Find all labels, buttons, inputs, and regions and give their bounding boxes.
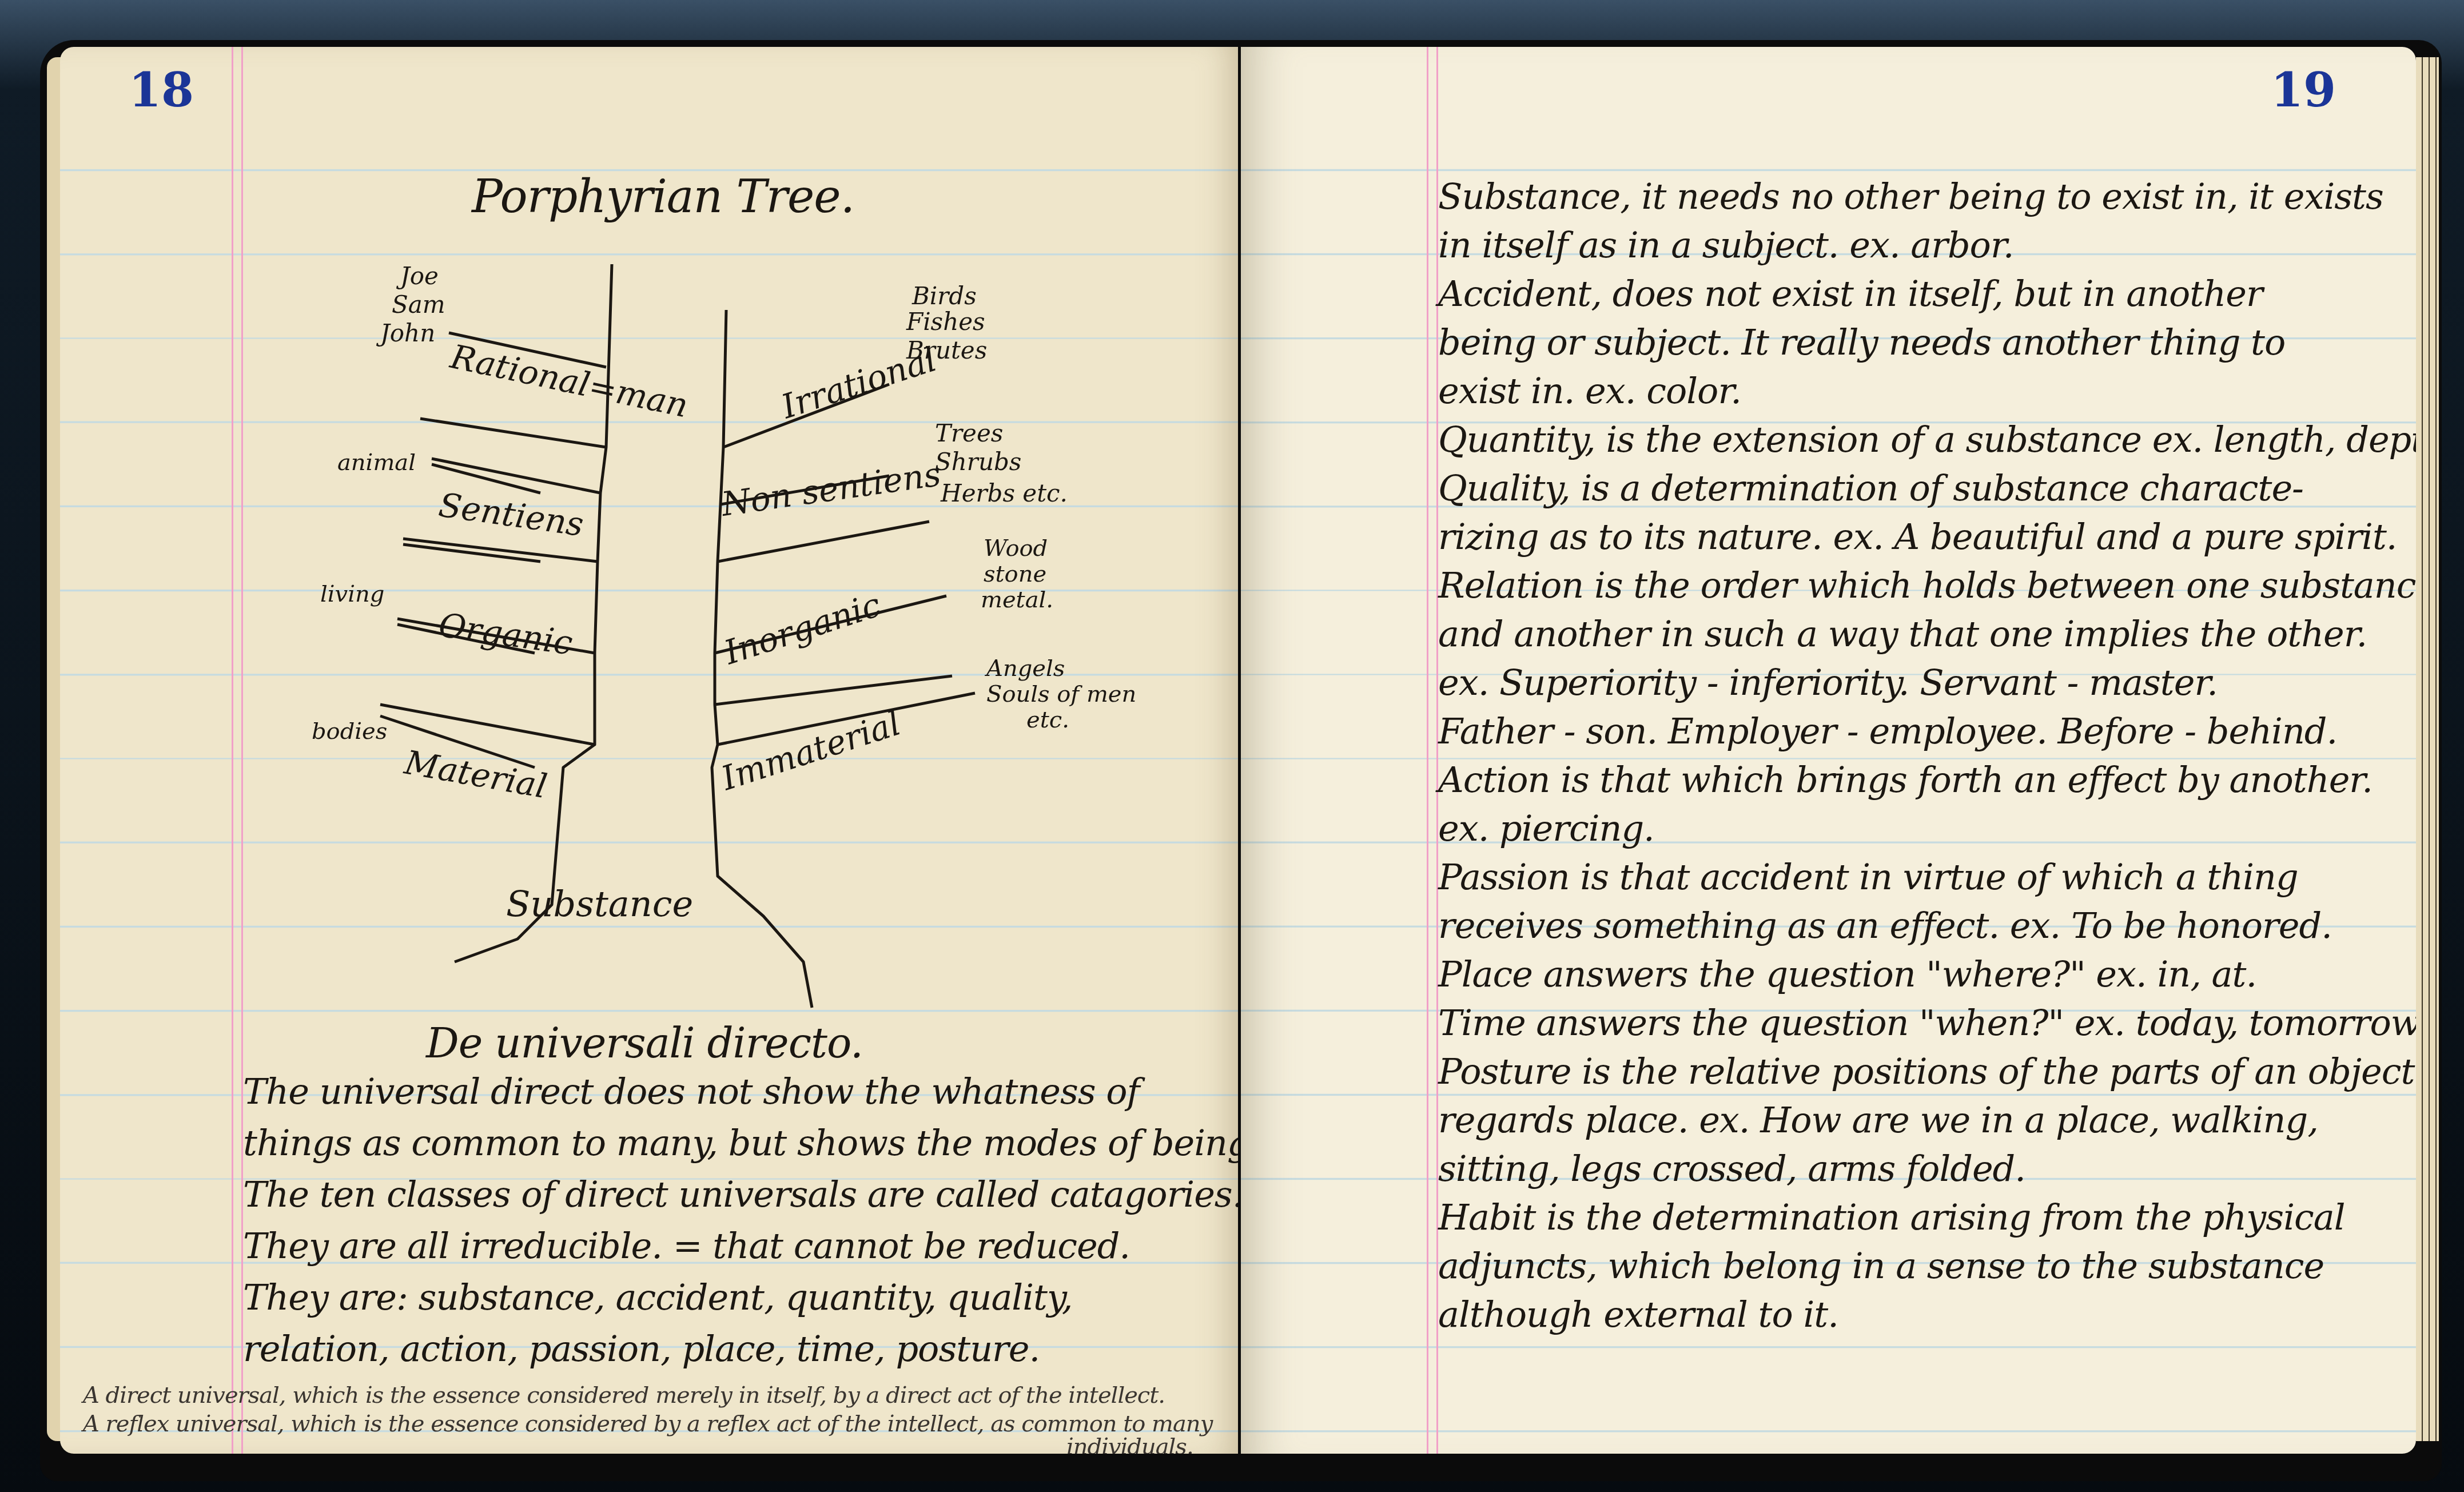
svg-text:Inorganic: Inorganic [719,585,885,672]
text-line: exist in. ex. color. [1438,370,1741,412]
svg-text:Rational=man: Rational=man [447,337,691,425]
text-line: things as common to many, but shows the … [243,1122,1238,1164]
text-line: Place answers the question "where?" ex. … [1438,953,2256,995]
page-number: 19 [2271,63,2336,118]
svg-text:Material: Material [401,743,550,806]
svg-text:Brutes: Brutes [906,336,987,364]
svg-text:Organic: Organic [436,606,575,663]
text-line: The ten classes of direct universals are… [243,1173,1238,1215]
text-line: Accident, does not exist in itself, but … [1438,273,2263,315]
section-title: De universali directo. [426,1019,863,1067]
text-line: Passion is that accident in virtue of wh… [1438,856,2298,898]
footnote: individuals. [1066,1434,1193,1454]
footnote: A reflex universal, which is the essence… [83,1411,1212,1437]
svg-text:Sam: Sam [392,291,445,319]
svg-text:Fishes: Fishes [906,308,985,336]
svg-text:Souls of men: Souls of men [986,681,1136,707]
text-line: Father - son. Employer - employee. Befor… [1438,710,2337,752]
text-line: Action is that which brings forth an eff… [1438,759,2373,801]
left-page: 18 Porphyrian Tree. Joe Sam John Rationa… [60,47,1238,1454]
right-page: 19 Substance, it needs no other being to… [1241,47,2416,1454]
text-line: adjuncts, which belong in a sense to the… [1438,1245,2324,1287]
text-line: regards place. ex. How are we in a place… [1438,1099,2318,1141]
text-line: Quantity, is the extension of a substanc… [1438,419,2416,460]
svg-text:etc.: etc. [1026,707,1069,733]
svg-text:Substance: Substance [506,883,693,925]
text-line: The universal direct does not show the w… [243,1071,1140,1112]
svg-text:living: living [320,581,384,607]
svg-text:Sentiens: Sentiens [436,486,586,544]
text-line: receives something as an effect. ex. To … [1438,905,2332,946]
svg-text:Herbs etc.: Herbs etc. [940,479,1068,507]
svg-text:bodies: bodies [312,718,387,745]
text-line: rizing as to its nature. ex. A beautiful… [1438,516,2397,558]
text-line: Substance, it needs no other being to ex… [1438,176,2383,217]
text-line: They are all irreducible. = that cannot … [243,1225,1130,1267]
text-line: Time answers the question "when?" ex. to… [1438,1002,2416,1044]
footnote: A direct universal, which is the essence… [83,1382,1165,1409]
text-line: being or subject. It really needs anothe… [1438,321,2285,363]
text-line: Quality, is a determination of substance… [1438,467,2303,509]
text-line: in itself as in a subject. ex. arbor. [1438,224,2013,266]
text-line: Posture is the relative positions of the… [1438,1051,2414,1092]
svg-text:animal: animal [337,449,416,476]
svg-text:Wood: Wood [984,535,1048,562]
text-line: Relation is the order which holds betwee… [1438,564,2416,606]
page-edges-right [2416,57,2439,1441]
svg-text:Birds: Birds [911,282,977,310]
text-line: Habit is the determination arising from … [1438,1196,2345,1238]
svg-text:Shrubs: Shrubs [935,448,1021,476]
text-line: ex. piercing. [1438,807,1654,849]
svg-text:stone: stone [984,561,1046,587]
example-joe: Joe [396,262,439,290]
text-line: and another in such a way that one impli… [1438,613,2367,655]
text-line: sitting, legs crossed, arms folded. [1438,1148,2025,1189]
svg-text:Non sentiens: Non sentiens [718,455,944,524]
text-line: They are: substance, accident, quantity,… [243,1276,1072,1318]
porphyrian-tree-diagram: Joe Sam John Rational=man animal Sentien… [60,47,1238,1019]
margin-rule [1427,47,1438,1454]
svg-text:metal.: metal. [981,587,1053,613]
text-line: relation, action, passion, place, time, … [243,1328,1040,1370]
svg-text:John: John [376,319,435,347]
text-line: although external to it. [1438,1294,1838,1335]
svg-text:Immaterial: Immaterial [716,703,905,798]
svg-text:Angels: Angels [984,655,1065,682]
text-line: ex. Superiority - inferiority. Servant -… [1438,662,2218,703]
svg-text:Trees: Trees [935,419,1003,447]
